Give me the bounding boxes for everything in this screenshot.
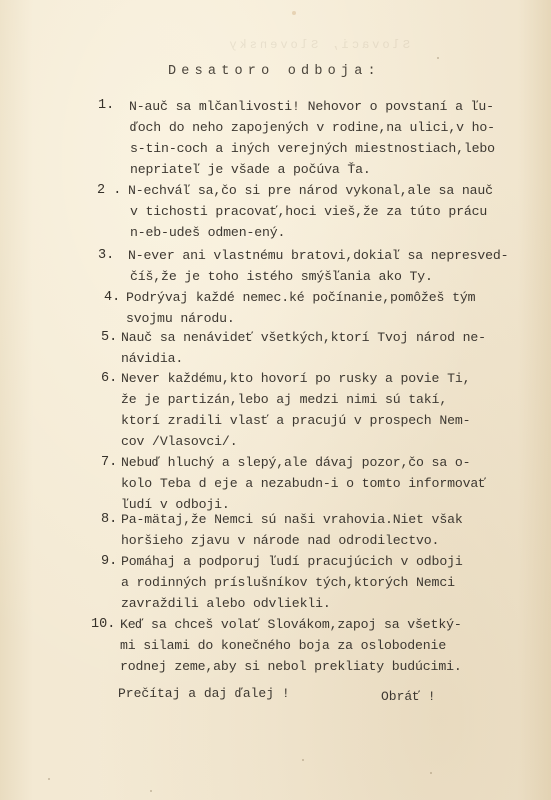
item-line: nepriateľ je všade a počúva Ťa.	[130, 162, 371, 177]
item-number: 3.	[98, 248, 114, 263]
item-line: Keď sa chceš volať Slovákom,zapoj sa vše…	[120, 617, 462, 632]
item-number: 10.	[91, 617, 115, 632]
item-line: ďoch do neho zapojených v rodine,na ulic…	[130, 120, 495, 135]
footer-pass-on-note: Prečítaj a daj ďalej !	[118, 686, 290, 701]
item-line: n-eb-udeš odmen-ený.	[130, 225, 285, 240]
item-line: mi silami do konečného boja za osloboden…	[120, 638, 446, 653]
item-line: Nebuď hluchý a slepý,ale dávaj pozor,čo …	[121, 455, 470, 470]
item-line: N-ever ani vlastnému bratovi,dokiaľ sa n…	[128, 248, 508, 263]
item-line: horšieho zjavu v národe nad odrodilectvo…	[121, 533, 439, 548]
footer-turn-over-note: Obráť !	[381, 689, 436, 704]
item-line: N-echváľ sa,čo si pre národ vykonal,ale …	[128, 183, 493, 198]
item-number: 7.	[101, 455, 117, 470]
paper-speck	[48, 778, 50, 780]
item-line: že je partizán,lebo aj medzi nimi sú tak…	[121, 392, 447, 407]
item-line: N-auč sa mlčanlivosti! Nehovor o povstan…	[129, 99, 494, 114]
item-line: rodnej zeme,aby si nebol prekliaty budúc…	[120, 659, 462, 674]
paper-speck	[437, 57, 439, 59]
item-line: Podrývaj každé nemec.ké počínanie,pomôže…	[126, 290, 475, 305]
paper-speck	[430, 772, 432, 774]
item-line: Never každému,kto hovorí po rusky a povi…	[121, 371, 470, 386]
item-line: Pomáhaj a podporuj ľudí pracujúcich v od…	[121, 554, 463, 569]
item-line: číš,že je toho istého smýšľania ako Ty.	[130, 269, 433, 284]
item-line: ľudí v odboji.	[121, 497, 230, 512]
item-line: Nauč sa nenávideť všetkých,ktorí Tvoj ná…	[121, 330, 486, 345]
item-line: v tichosti pracovať,hoci vieš,že za túto…	[130, 204, 487, 219]
item-number: 6.	[101, 371, 117, 386]
paper-speck	[302, 759, 304, 761]
item-number: 9.	[101, 554, 117, 569]
item-line: s-tin-coch a iných verejných miestnostia…	[130, 141, 495, 156]
item-line: návidia.	[121, 351, 183, 366]
item-number: 5.	[101, 330, 117, 345]
item-number: 1.	[98, 98, 114, 113]
item-line: ktorí zradili vlasť a pracujú v prospech…	[121, 413, 470, 428]
item-line: svojmu národu.	[126, 311, 235, 326]
item-number: 8.	[101, 512, 117, 527]
typewritten-page: Slovaci, Slovensky Desatoro odboja: 1. N…	[0, 0, 551, 800]
item-line: zavraždili alebo odvliekli.	[121, 596, 331, 611]
bleed-through-text: Slovaci, Slovensky	[150, 38, 410, 52]
paper-stain	[292, 11, 296, 15]
item-line: cov /Vlasovci/.	[121, 434, 237, 449]
document-title: Desatoro odboja:	[168, 64, 381, 79]
item-number: 4.	[104, 290, 120, 305]
item-number: 2 .	[97, 183, 121, 198]
item-line: kolo Teba d eje a nezabudn-i o tomto inf…	[121, 476, 486, 491]
item-line: Pa-mätaj,že Nemci sú naši vrahovia.Niet …	[121, 512, 463, 527]
paper-speck	[150, 790, 152, 792]
item-line: a rodinných príslušníkov tých,ktorých Ne…	[121, 575, 455, 590]
